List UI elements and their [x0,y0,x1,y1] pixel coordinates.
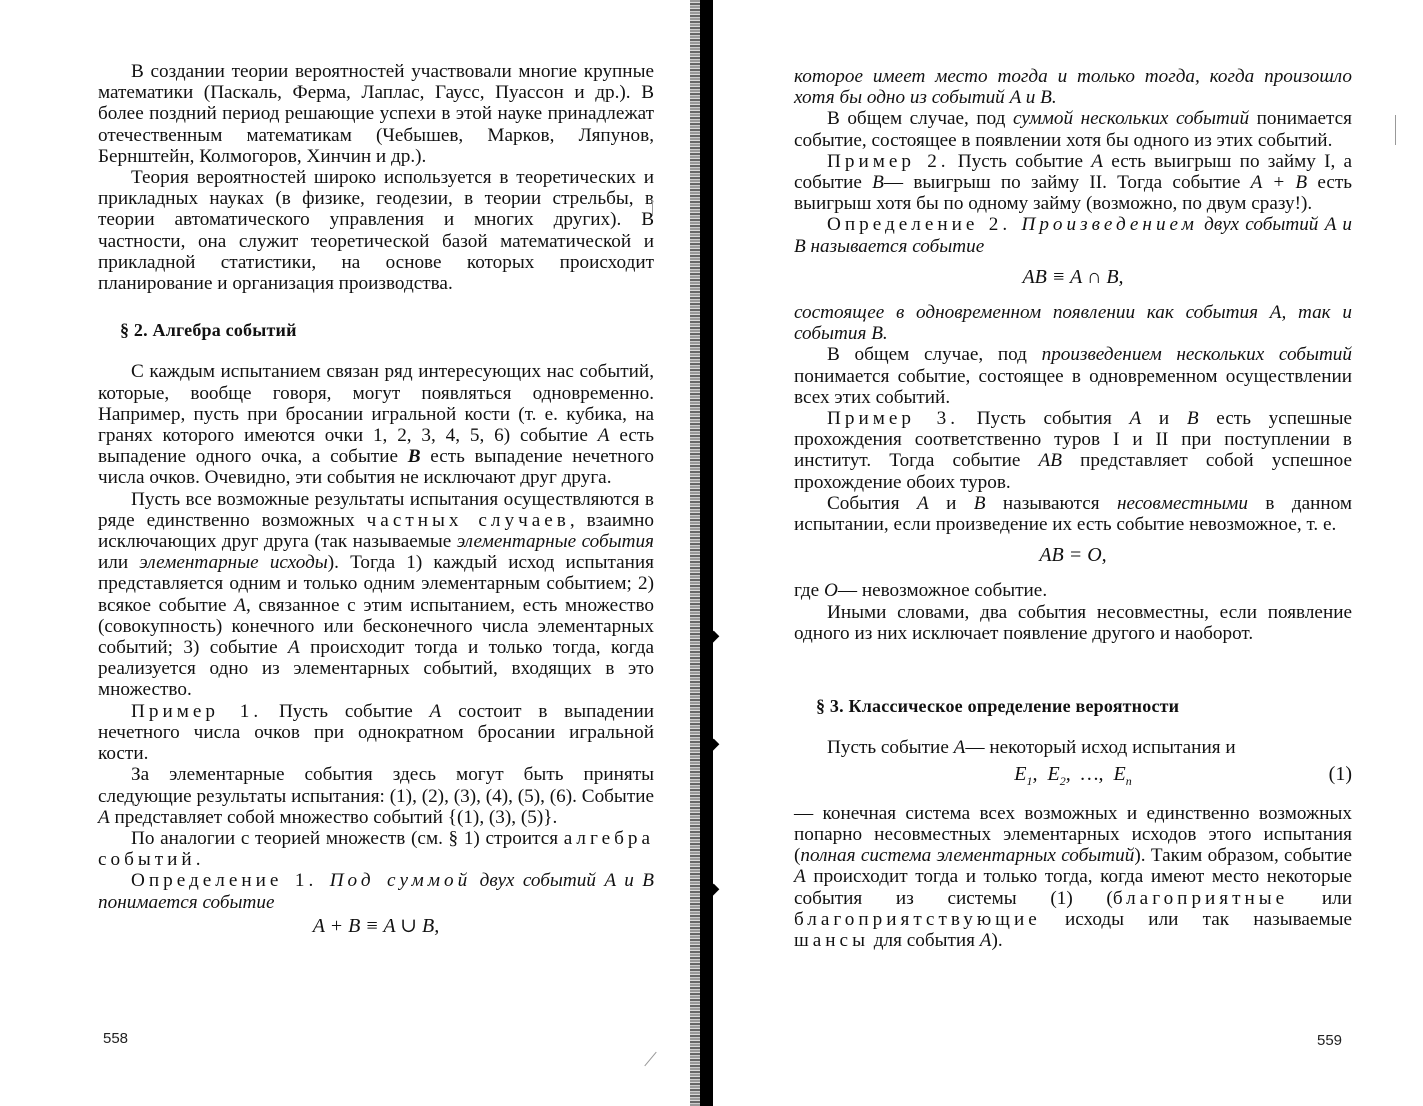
paragraph-set-analogy: По аналогии с теорией множеств (см. § 1)… [98,828,654,870]
page-number-right: 559 [1317,1032,1342,1049]
spine-band [700,0,713,1106]
section-heading-classical-probability: § 3. Классическое определение вероятност… [794,696,1352,717]
paragraph-impossible-event: где O— невозможное событие. [794,580,1352,601]
formula-product-intersection: AB ≡ A ∩ B, [794,267,1352,288]
section-heading-algebra-of-events: § 2. Алгебра событий [98,320,654,341]
paragraph-product-of-several: В общем случае, под произведением нескол… [794,344,1352,408]
paragraph-in-other-words: Иными словами, два события несовместны, … [794,602,1352,644]
example-2: Пример 2. Пусть событие A есть выигрыш п… [794,151,1352,215]
definition-1-continuation: которое имеет место тогда и только тогда… [794,66,1352,108]
right-page: которое имеет место тогда и только тогда… [722,0,1423,1106]
book-spine-shadow [690,0,724,1106]
paragraph-events-intro: С каждым испытанием связан ряд интересую… [98,361,654,488]
left-page: В создании теории вероятностей участвова… [0,0,700,1106]
left-text-column: В создании теории вероятностей участвова… [98,61,654,940]
scan-artifact [652,200,653,216]
formula-outcome-system: E1, E2, …, En(1) [794,764,1352,792]
paragraph-sum-of-several: В общем случае, под суммой нескольких со… [794,108,1352,150]
example-3: Пример 3. Пусть события A и B есть успеш… [794,408,1352,493]
paragraph-applications: Теория вероятностей широко используется … [98,167,654,294]
formula-sum-union: A + B ≡ A ∪ B, [98,916,654,937]
page-number-left: 558 [103,1030,128,1047]
paragraph-example-1-elementary: За элементарные события здесь могут быть… [98,764,654,828]
equation-number: (1) [1329,764,1352,785]
paragraph-elementary-events: Пусть все возможные результаты испытания… [98,489,654,701]
definition-2-product: Определение 2. Произведением двух событи… [794,214,1352,256]
example-1: Пример 1. Пусть событие A состоит в выпа… [98,701,654,765]
paragraph-incompatible-events: События A и B называются несовместными в… [794,493,1352,535]
scan-artifact [1395,115,1396,145]
formula-impossible-product: AB = O, [794,545,1352,566]
definition-2-continuation: состоящее в одновременном появлении как … [794,302,1352,344]
paragraph-complete-system: — конечная система всех возможных и един… [794,803,1352,951]
definition-1-sum: Определение 1. Под суммой двух событий A… [98,870,654,912]
paragraph-event-outcome: Пусть событие A— некоторый исход испытан… [794,737,1352,758]
paragraph-history: В создании теории вероятностей участвова… [98,61,654,167]
right-text-column: которое имеет место тогда и только тогда… [794,66,1352,951]
